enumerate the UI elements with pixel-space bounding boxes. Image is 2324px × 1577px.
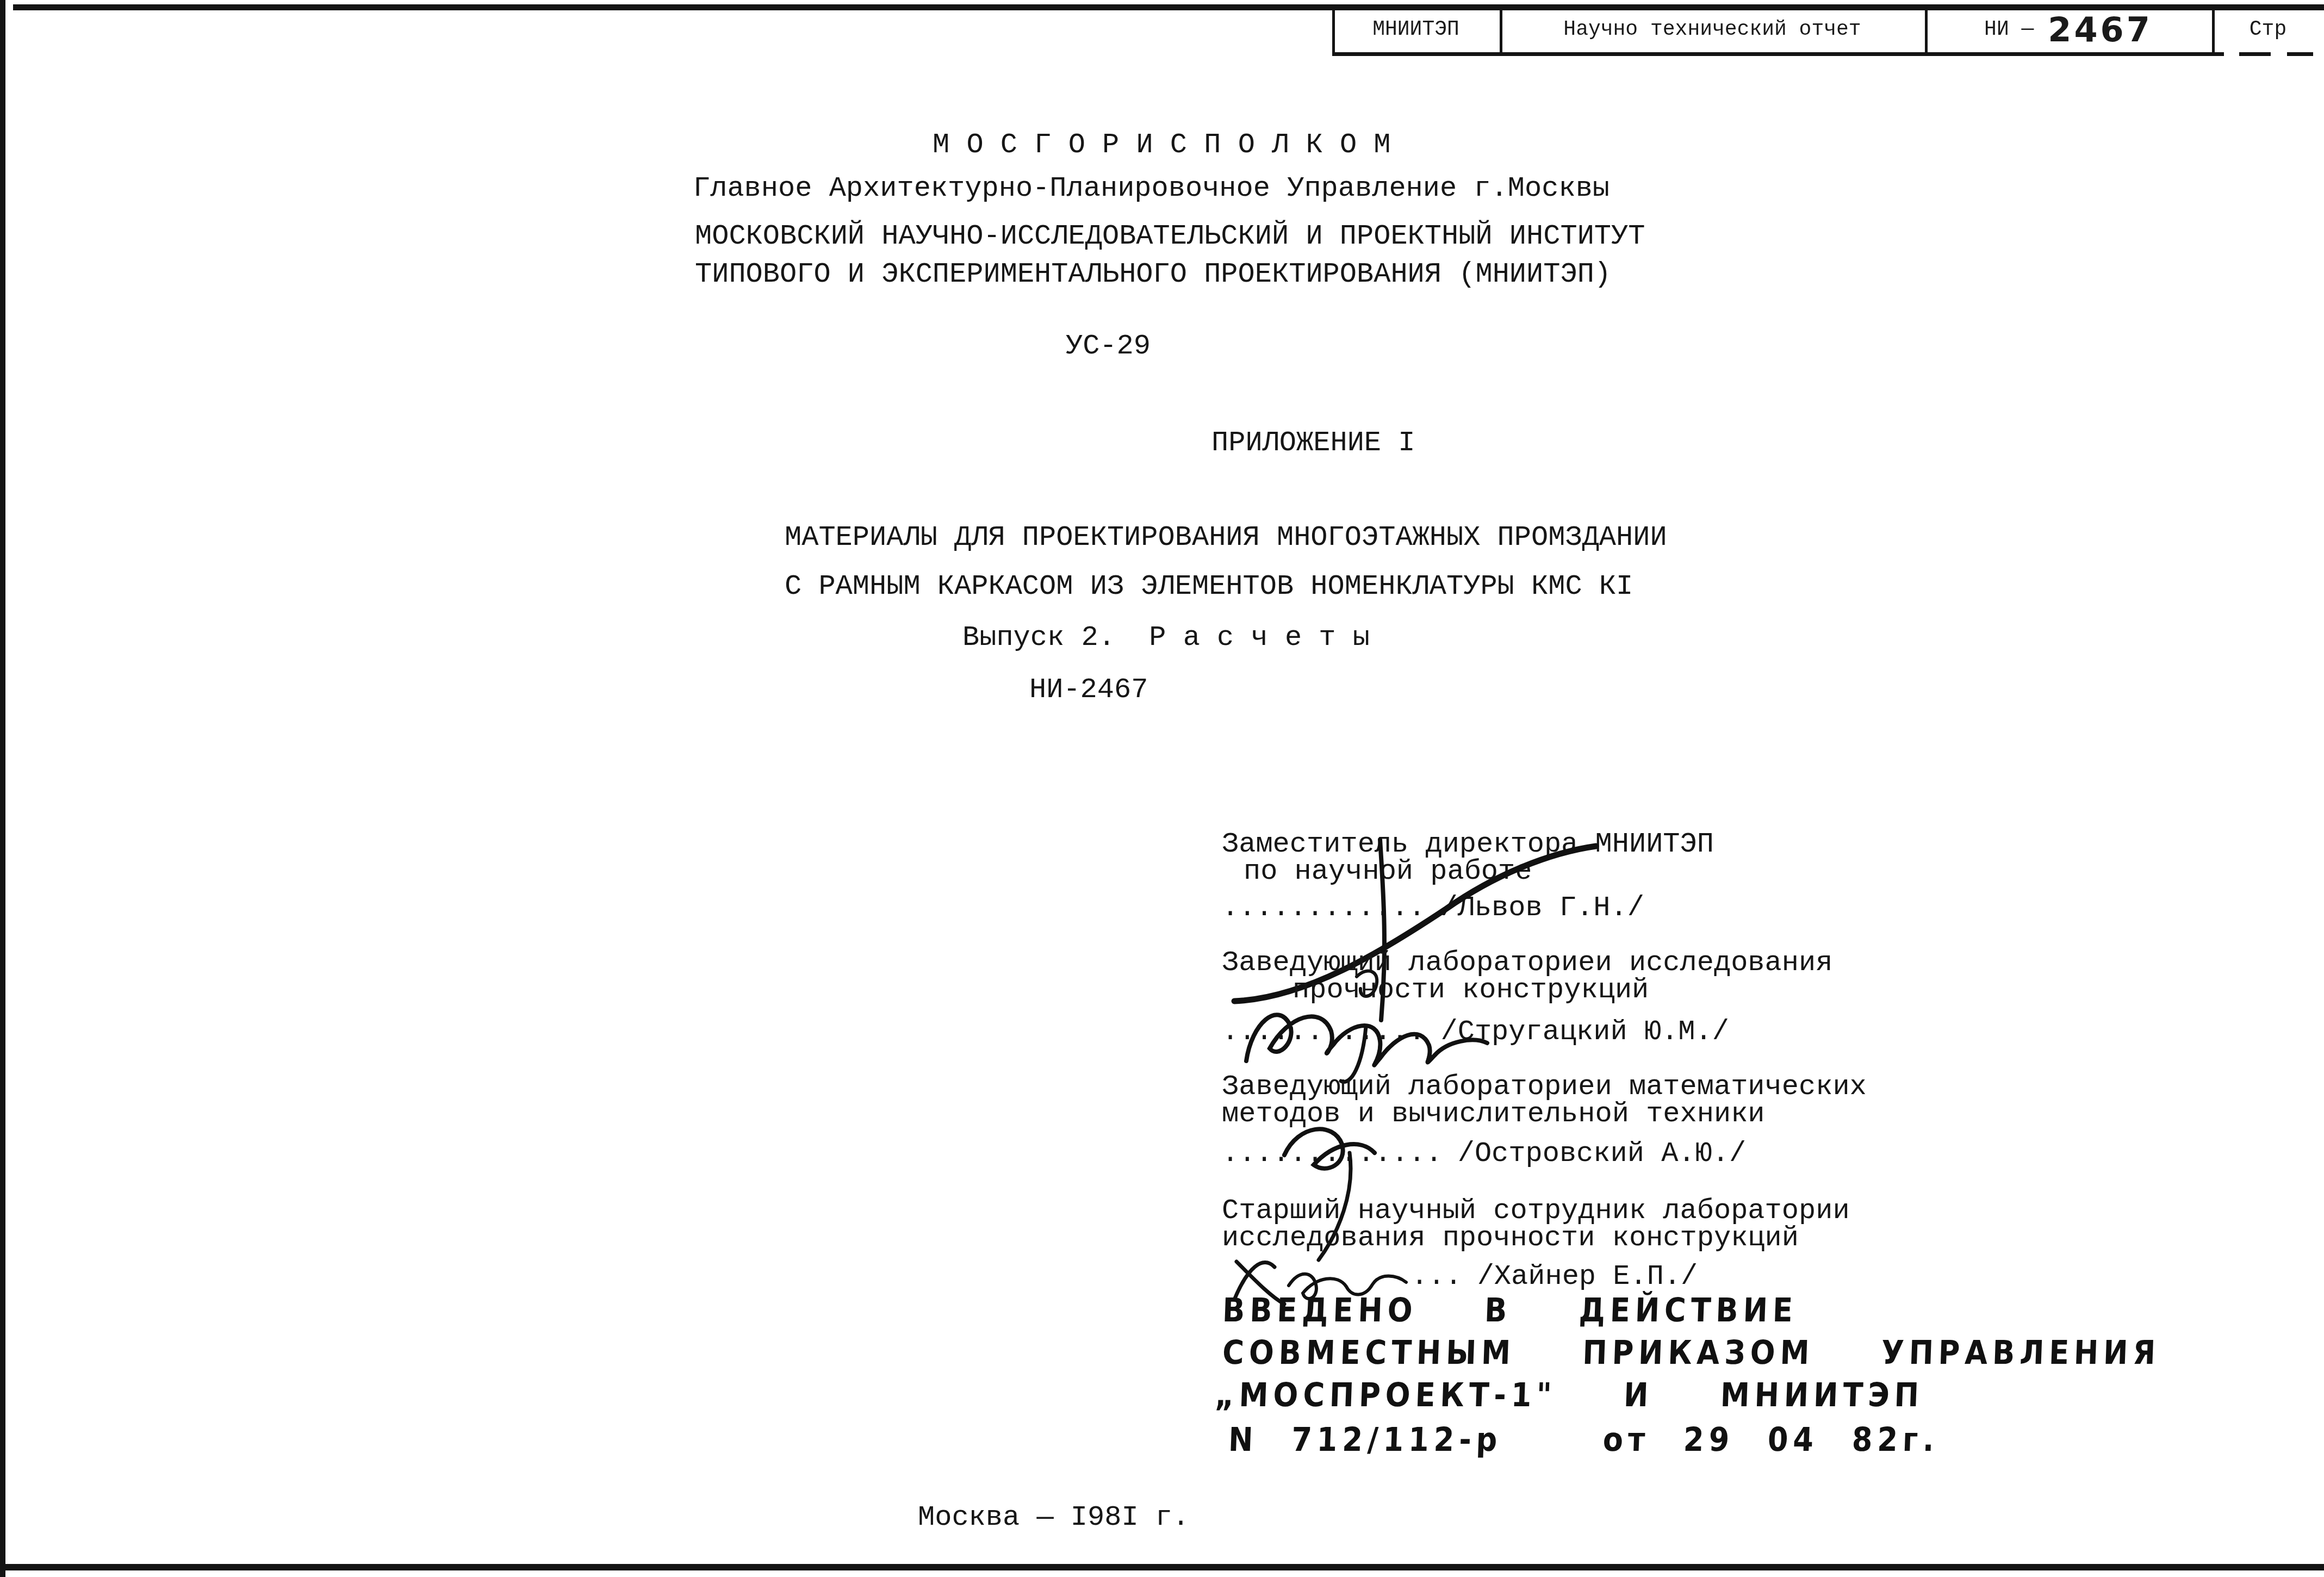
header-cell-institute: МНИИТЭП [1332, 7, 1500, 52]
header-cell-report-code: НИ —2467 [1925, 7, 2212, 52]
header-report-type-label: Научно технический отчет [1563, 18, 1861, 41]
sig3-role-line2: методов и вычислительной техники [1222, 1097, 1765, 1131]
header-report-code-number: 2467 [2048, 10, 2153, 49]
sig1-signature-row: ............ /Львов Г.Н./ [1222, 892, 1644, 924]
header-cell-page: Стр [2212, 7, 2324, 52]
header-institute-label: МНИИТЭП [1372, 18, 1459, 41]
footer-place-year: Москва — I98I г. [918, 1501, 1189, 1535]
sig3-name: /Островский А.Ю./ [1458, 1138, 1747, 1170]
series-code: УС-29 [1066, 330, 1151, 363]
doc-issue-line: Выпуск 2. Р а с ч е т ы [962, 621, 1370, 655]
org-institute-line1: МОСКОВСКИЙ НАУЧНО-ИССЛЕДОВАТЕЛЬСКИЙ И ПР… [695, 220, 1645, 253]
handwritten-line2: СОВМЕСТНЫМ ПРИКАЗОМ УПРАВЛЕНИЯ [1222, 1333, 2161, 1372]
sig3-dotted-line: ............. [1222, 1138, 1443, 1170]
scanned-title-page: МНИИТЭП Научно технический отчет НИ —246… [0, 0, 2324, 1577]
header-page-label: Стр [2250, 18, 2286, 41]
sig4-role-line2: исследования прочности конструкций [1222, 1221, 1799, 1255]
left-border-rule [0, 0, 5, 1577]
sig1-role-line2: по научной работе [1244, 855, 1532, 889]
annex-label: ПРИЛОЖЕНИЕ I [1211, 426, 1415, 460]
doc-report-number: НИ-2467 [1029, 673, 1148, 707]
header-table-bottom-dash [2239, 52, 2271, 56]
org-committee-line: М О С Г О Р И С П О Л К О М [933, 128, 1391, 162]
bottom-border-rule [0, 1564, 2324, 1570]
sig1-dotted-line: ............ [1222, 892, 1425, 924]
header-table-bottom-dash [2287, 52, 2313, 56]
sig1-name: /Львов Г.Н./ [1440, 892, 1644, 924]
header-report-code-prefix: НИ — [1984, 18, 2034, 41]
handwritten-line1: ВВЕДЕНО В ДЕЙСТВИЕ [1222, 1291, 1798, 1330]
header-cell-report-type: Научно технический отчет [1500, 7, 1925, 52]
sig2-dotted-line: ............ [1222, 1016, 1425, 1048]
doc-title-line1: МАТЕРИАЛЫ ДЛЯ ПРОЕКТИРОВАНИЯ МНОГОЭТАЖНЫ… [785, 521, 1667, 555]
handwritten-line4: N 712/112-р от 29 04 82г. [1228, 1420, 1940, 1459]
sig4-signature-row: ... /Хайнер Е.П./ [1222, 1261, 1698, 1293]
sig2-name: /Стругацкий Ю.М./ [1440, 1016, 1729, 1048]
org-administration-line: Главное Архитектурно-Планировочное Управ… [693, 172, 1610, 206]
sig4-dotted-line: ... [1411, 1261, 1462, 1293]
sig3-signature-row: ............. /Островский А.Ю./ [1222, 1138, 1746, 1170]
sig2-signature-row: ............ /Стругацкий Ю.М./ [1222, 1016, 1729, 1048]
sig4-name: /Хайнер Е.П./ [1477, 1261, 1698, 1293]
doc-title-line2: С РАМНЫМ КАРКАСОМ ИЗ ЭЛЕМЕНТОВ НОМЕНКЛАТ… [785, 570, 1633, 604]
handwritten-line3: „МОСПРОЕКТ-1" И МНИИТЭП [1214, 1376, 1924, 1414]
org-institute-line2: ТИПОВОГО И ЭКСПЕРИМЕНТАЛЬНОГО ПРОЕКТИРОВ… [695, 258, 1611, 291]
header-table-bottom-rule [1332, 52, 2224, 56]
sig2-role-line2: прочности конструкций [1293, 973, 1649, 1007]
